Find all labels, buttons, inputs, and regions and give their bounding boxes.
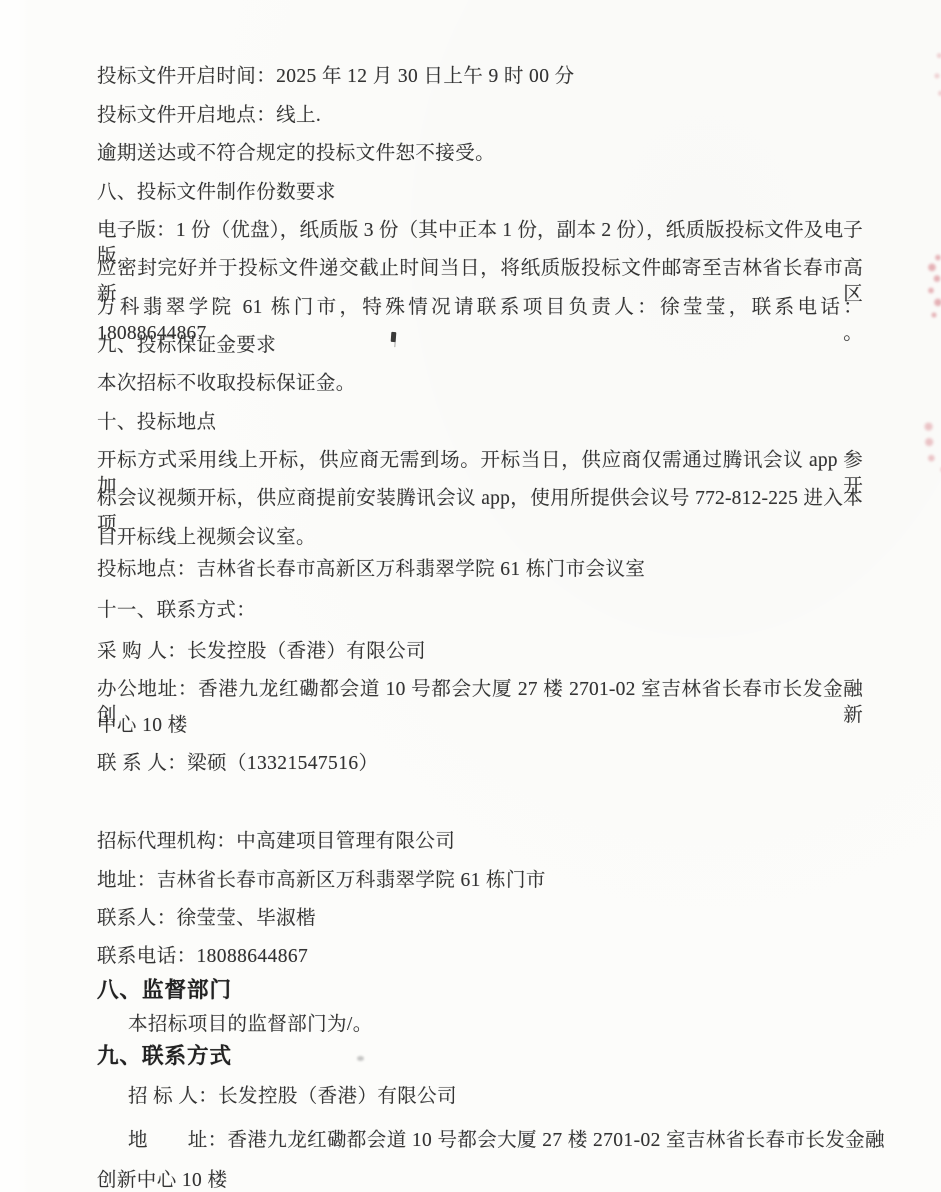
red-stamp-fragment-top xyxy=(931,44,941,102)
tenderee-address-line-1: 地 址：香港九龙红磡都会道 10 号都会大厦 27 楼 2701-02 室吉林省… xyxy=(128,1128,863,1154)
deposit-note-line: 本次招标不收取投标保证金。 xyxy=(97,371,863,397)
purchaser-line: 采 购 人：长发控股（香港）有限公司 xyxy=(97,639,863,665)
section-8-copies-heading: 八、投标文件制作份数要求 xyxy=(97,180,863,206)
scanned-document-page: 投标文件开启时间：2025 年 12 月 30 日上午 9 时 00 分 投标文… xyxy=(0,0,941,1192)
agency-name-line: 招标代理机构：中高建项目管理有限公司 xyxy=(97,829,863,855)
open-method-line-3: 目开标线上视频会议室。 xyxy=(97,525,863,551)
office-address-line-2: 中心 10 楼 xyxy=(97,713,863,739)
agency-address-line: 地址：吉林省长春市高新区万科翡翠学院 61 栋门市 xyxy=(97,868,863,894)
tenderee-line: 招 标 人：长发控股（香港）有限公司 xyxy=(128,1084,863,1110)
bid-open-place-line: 投标文件开启地点：线上. xyxy=(97,103,863,129)
section-9-contact-heading: 九、联系方式 xyxy=(97,1043,863,1069)
bid-open-time-line: 投标文件开启时间：2025 年 12 月 30 日上午 9 时 00 分 xyxy=(97,64,863,90)
agency-phone-line: 联系电话：18088644867 xyxy=(97,944,863,970)
red-stamp-fragment-lower xyxy=(908,418,941,484)
bid-place-line: 投标地点：吉林省长春市高新区万科翡翠学院 61 栋门市会议室 xyxy=(97,557,863,583)
section-8-supervision-heading: 八、监督部门 xyxy=(97,977,863,1003)
purchaser-contact-line: 联 系 人：梁硕（13321547516） xyxy=(97,751,863,777)
red-stamp-fragment-middle xyxy=(923,252,941,322)
section-11-contact-heading: 十一、联系方式： xyxy=(97,598,863,624)
section-9-deposit-heading: 九、投标保证金要求 xyxy=(97,333,863,359)
supervision-note-line: 本招标项目的监督部门为/。 xyxy=(128,1012,863,1038)
agency-contacts-line: 联系人：徐莹莹、毕淑楷 xyxy=(97,906,863,932)
late-delivery-note-line: 逾期送达或不符合规定的投标文件恕不接受。 xyxy=(97,141,863,167)
tenderee-address-line-2: 创新中心 10 楼 xyxy=(97,1168,863,1192)
section-10-place-heading: 十、投标地点 xyxy=(97,410,863,436)
